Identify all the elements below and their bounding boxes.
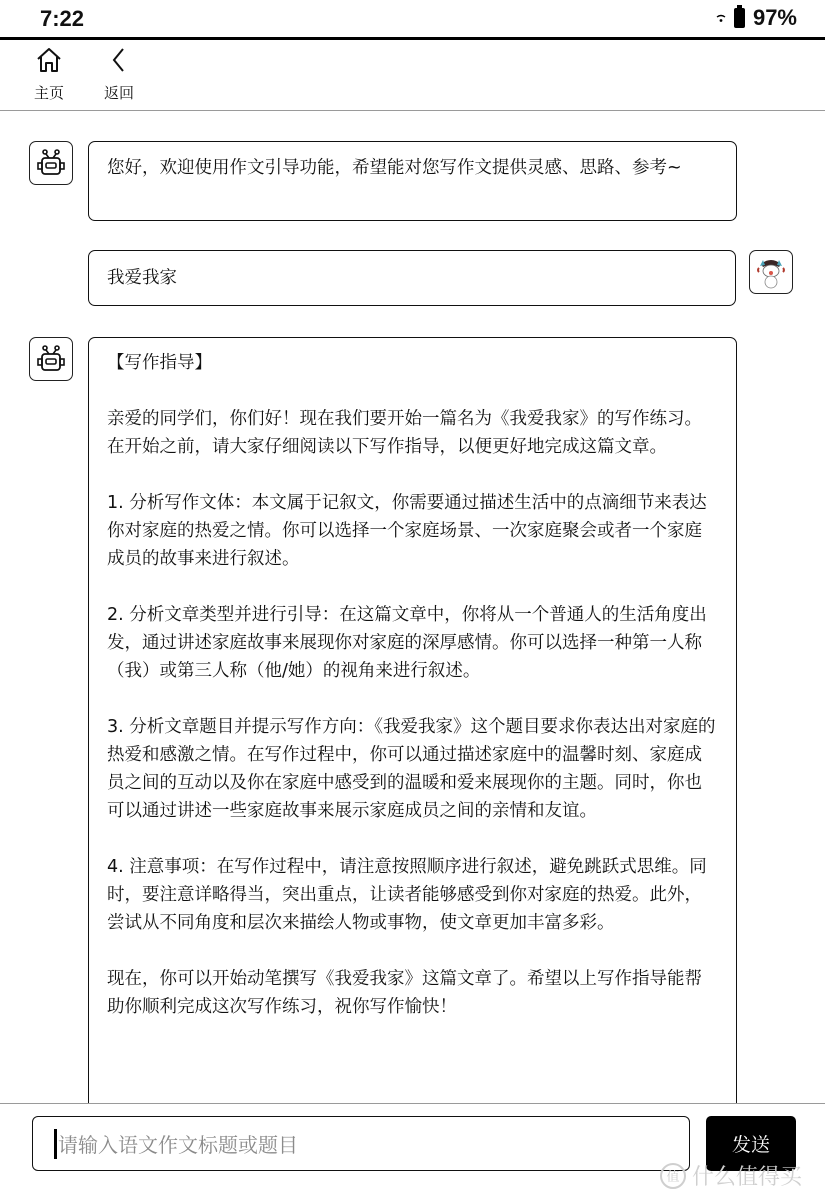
bot-avatar bbox=[29, 141, 73, 185]
home-label: 主页 bbox=[19, 82, 79, 103]
battery-icon bbox=[734, 8, 745, 28]
home-icon bbox=[35, 46, 63, 74]
watermark: 值 什么值得买 bbox=[660, 1160, 802, 1191]
message-text: 我爱我家 bbox=[107, 264, 717, 292]
back-button[interactable]: 返回 bbox=[89, 46, 149, 103]
text-caret bbox=[54, 1129, 57, 1159]
guide-point-3: 3. 分析文章题目并提示写作方向：《我爱我家》这个题目要求你表达出对家庭的热爱和… bbox=[107, 713, 718, 825]
bot-message: 您好，欢迎使用作文引导功能，希望能对您写作文提供灵感、思路、参考~ bbox=[88, 141, 737, 221]
clock: 7:22 bbox=[40, 6, 84, 32]
bot-avatar bbox=[29, 337, 73, 381]
robot-icon bbox=[36, 148, 66, 178]
guide-point-1: 1. 分析写作文体：本文属于记叙文，你需要通过描述生活中的点滴细节来表达你对家庭… bbox=[107, 489, 718, 573]
guide-point-2: 2. 分析文章类型并进行引导：在这篇文章中，你将从一个普通人的生活角度出发，通过… bbox=[107, 601, 718, 685]
chat-thread[interactable]: 您好，欢迎使用作文引导功能，希望能对您写作文提供灵感、思路、参考~ 我爱我家 【… bbox=[0, 111, 825, 1103]
back-label: 返回 bbox=[89, 82, 149, 103]
robot-icon bbox=[36, 344, 66, 374]
chevron-left-icon bbox=[105, 46, 133, 74]
message-input[interactable]: 请输入语文作文标题或题目 bbox=[32, 1116, 690, 1171]
battery-percent: 97% bbox=[753, 5, 797, 31]
watermark-text: 什么值得买 bbox=[692, 1160, 802, 1191]
cartoon-avatar-icon bbox=[753, 254, 789, 290]
bot-message-guide: 【写作指导】 亲爱的同学们，你们好！现在我们要开始一篇名为《我爱我家》的写作练习… bbox=[88, 337, 737, 1103]
guide-intro: 亲爱的同学们，你们好！现在我们要开始一篇名为《我爱我家》的写作练习。在开始之前，… bbox=[107, 405, 718, 461]
user-avatar bbox=[749, 250, 793, 294]
status-bar: 7:22 97% bbox=[0, 0, 825, 37]
message-text: 您好，欢迎使用作文引导功能，希望能对您写作文提供灵感、思路、参考~ bbox=[107, 154, 718, 182]
status-icons: 97% bbox=[716, 5, 797, 31]
input-placeholder: 请输入语文作文标题或题目 bbox=[58, 1129, 298, 1158]
guide-point-4: 4. 注意事项：在写作过程中，请注意按照顺序进行叙述，避免跳跃式思维。同时，要注… bbox=[107, 853, 718, 937]
guide-closing: 现在，你可以开始动笔撰写《我爱我家》这篇文章了。希望以上写作指导能帮助你顺利完成… bbox=[107, 965, 718, 1021]
composer-divider bbox=[0, 1103, 825, 1104]
user-message: 我爱我家 bbox=[88, 250, 736, 306]
wifi-icon bbox=[716, 13, 726, 23]
nav-bar: 主页 返回 bbox=[0, 40, 825, 110]
home-button[interactable]: 主页 bbox=[19, 46, 79, 103]
guide-heading: 【写作指导】 bbox=[107, 349, 718, 377]
watermark-badge: 值 bbox=[660, 1163, 686, 1189]
